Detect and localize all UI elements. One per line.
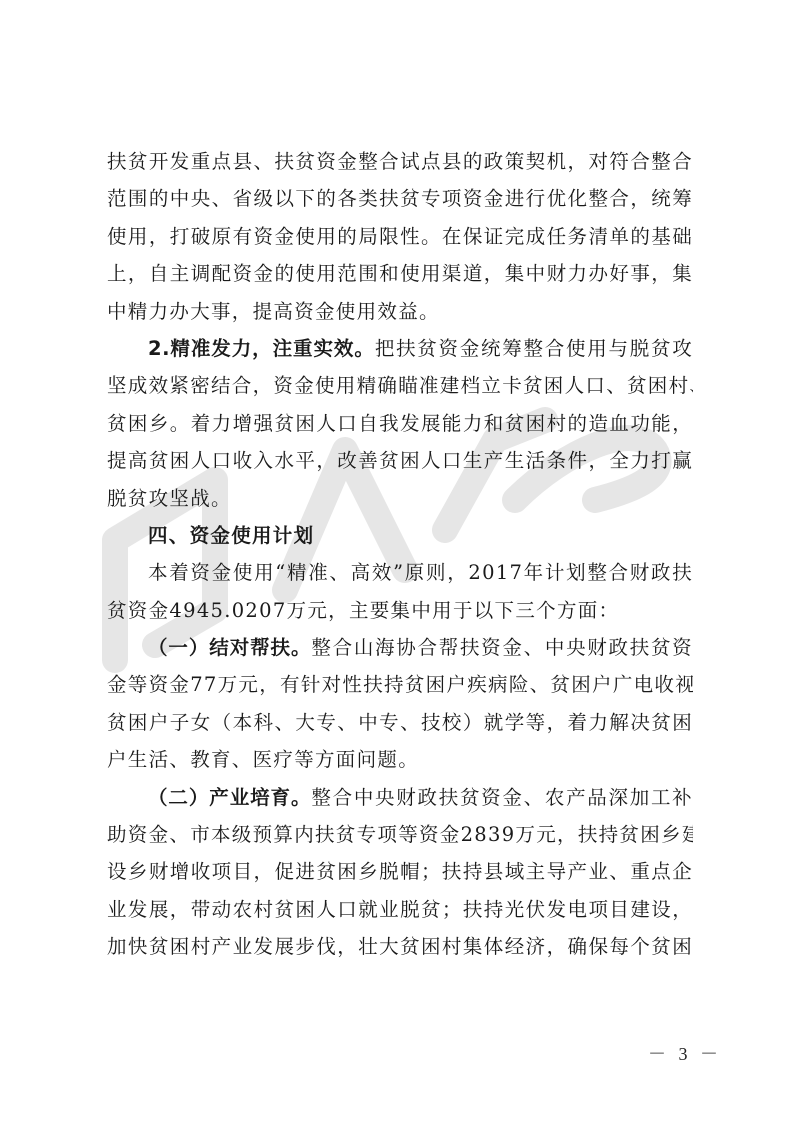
text-line: 助资金、市本级预算内扶贫专项等资金2839万元，扶持贫困乡建 [107, 816, 693, 853]
text-line: 坚成效紧密结合，资金使用精确瞄准建档立卡贫困人口、贫困村、 [107, 367, 693, 404]
item-2-title: （二）产业培育。 [148, 786, 311, 809]
document-page: 扶贫开发重点县、扶贫资金整合试点县的政策契机，对符合整合 范围的中央、省级以下的… [0, 0, 793, 1122]
text-line: 户生活、教育、医疗等方面问题。 [107, 741, 693, 778]
item-1-first-line: （一）结对帮扶。整合山海协合帮扶资金、中央财政扶贫资 [107, 629, 693, 666]
section-2-precision: 2.精准发力，注重实效。把扶贫资金统筹整合使用与脱贫攻 坚成效紧密结合，资金使用… [107, 330, 693, 517]
text-line: 贫困乡。着力增强贫困人口自我发展能力和贫困村的造血功能， [107, 405, 693, 442]
text-line: 中精力办大事，提高资金使用效益。 [107, 293, 693, 330]
item-2-first-line: （二）产业培育。整合中央财政扶贫资金、农产品深加工补 [107, 779, 693, 816]
document-body: 扶贫开发重点县、扶贫资金整合试点县的政策契机，对符合整合 范围的中央、省级以下的… [107, 143, 693, 966]
paragraph-intro: 扶贫开发重点县、扶贫资金整合试点县的政策契机，对符合整合 范围的中央、省级以下的… [107, 143, 693, 330]
section-2-title: 2.精准发力，注重实效。 [148, 337, 375, 360]
text-line: 贫困户子女（本科、大专、中专、技校）就学等，着力解决贫困 [107, 704, 693, 741]
item-2-industry-cultivation: （二）产业培育。整合中央财政扶贫资金、农产品深加工补 助资金、市本级预算内扶贫专… [107, 779, 693, 966]
text-line: 扶贫开发重点县、扶贫资金整合试点县的政策契机，对符合整合 [107, 143, 693, 180]
text-line: 提高贫困人口收入水平，改善贫困人口生产生活条件，全力打赢 [107, 442, 693, 479]
item-1-text: 整合山海协合帮扶资金、中央财政扶贫资 [311, 636, 693, 659]
heading-fund-usage-plan: 四、资金使用计划 [107, 517, 693, 554]
text-line: 加快贫困村产业发展步伐，壮大贫困村集体经济，确保每个贫困 [107, 928, 693, 965]
text-line: 贫资金4945.0207万元，主要集中用于以下三个方面： [107, 592, 693, 629]
item-1-title: （一）结对帮扶。 [148, 636, 311, 659]
text-line: 设乡财增收项目，促进贫困乡脱帽；扶持县域主导产业、重点企 [107, 853, 693, 890]
text-line: 业发展，带动农村贫困人口就业脱贫；扶持光伏发电项目建设， [107, 891, 693, 928]
text-line: 金等资金77万元，有针对性扶持贫困户疾病险、贫困户广电收视、 [107, 666, 693, 703]
section-2-text: 把扶贫资金统筹整合使用与脱贫攻 [375, 337, 693, 360]
text-line: 使用，打破原有资金使用的局限性。在保证完成任务清单的基础 [107, 218, 693, 255]
section-2-first-line: 2.精准发力，注重实效。把扶贫资金统筹整合使用与脱贫攻 [107, 330, 693, 367]
item-1-paired-assistance: （一）结对帮扶。整合山海协合帮扶资金、中央财政扶贫资 金等资金77万元，有针对性… [107, 629, 693, 779]
paragraph-plan-intro: 本着资金使用“精准、高效”原则，2017年计划整合财政扶 贫资金4945.020… [107, 554, 693, 629]
text-line: 范围的中央、省级以下的各类扶贫专项资金进行优化整合，统筹 [107, 180, 693, 217]
text-line: 脱贫攻坚战。 [107, 480, 693, 517]
item-2-text: 整合中央财政扶贫资金、农产品深加工补 [311, 786, 693, 809]
text-line: 上，自主调配资金的使用范围和使用渠道，集中财力办好事，集 [107, 255, 693, 292]
page-number: － 3 － [648, 1040, 722, 1066]
text-line: 本着资金使用“精准、高效”原则，2017年计划整合财政扶 [107, 554, 693, 591]
